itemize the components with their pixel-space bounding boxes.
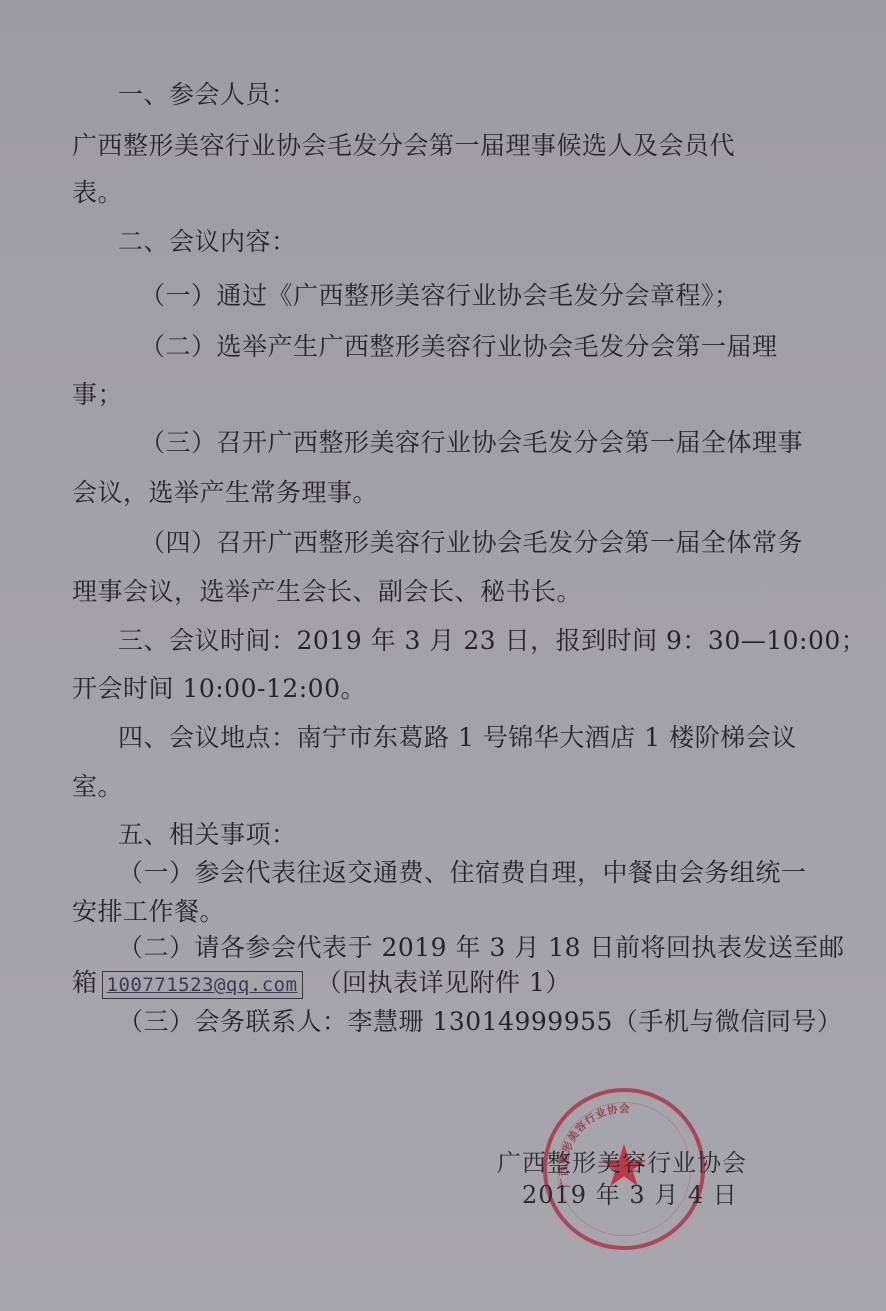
attendees-body-line1: 广西整形美容行业协会毛发分会第一届理事候选人及会员代 <box>72 131 735 161</box>
content-item-2-line1: （二）选举产生广西整形美容行业协会毛发分会第一届理 <box>140 332 778 362</box>
location-line1: 四、会议地点：南宁市东葛路 1 号锦华大酒店 1 楼阶梯会议 <box>118 723 797 753</box>
signature-organization: 广西整形美容行业协会 <box>497 1148 747 1178</box>
email-suffix: （回执表详见附件 1） <box>317 968 571 997</box>
matters-item-1-line2: 安排工作餐。 <box>72 897 225 927</box>
matters-item-1-line1: （一）参会代表往返交通费、住宿费自理，中餐由会务组统一 <box>118 858 807 888</box>
signature-date: 2019 年 3 月 4 日 <box>522 1180 738 1210</box>
document-page: 一、参会人员： 广西整形美容行业协会毛发分会第一届理事候选人及会员代 表。 二、… <box>0 0 886 1311</box>
matters-item-2-line2: 箱100771523@qq.com（回执表详见附件 1） <box>72 968 571 999</box>
time-line1: 三、会议时间：2019 年 3 月 23 日，报到时间 9：30—10:00； <box>118 626 866 656</box>
email-prefix: 箱 <box>72 968 98 997</box>
content-item-1: （一）通过《广西整形美容行业协会毛发分会章程》； <box>140 281 740 311</box>
content-item-3-line1: （三）召开广西整形美容行业协会毛发分会第一届全体理事 <box>140 428 803 458</box>
content-item-2-line2: 事； <box>72 380 123 410</box>
attendees-body-line2: 表。 <box>72 178 123 208</box>
content-item-3-line2: 会议，选举产生常务理事。 <box>72 478 378 508</box>
time-line2: 开会时间 10:00-12:00。 <box>72 674 366 704</box>
matters-item-2-line1: （二）请各参会代表于 2019 年 3 月 18 日前将回执表发送至邮 <box>118 933 845 963</box>
content-item-4-line1: （四）召开广西整形美容行业协会毛发分会第一届全体常务 <box>140 528 803 558</box>
matters-item-3: （三）会务联系人：李慧珊 13014999955（手机与微信同号） <box>118 1007 842 1037</box>
attendees-heading: 一、参会人员： <box>118 80 297 110</box>
content-item-4-line2: 理事会议，选举产生会长、副会长、秘书长。 <box>72 577 582 607</box>
location-line2: 室。 <box>72 772 123 802</box>
email-link[interactable]: 100771523@qq.com <box>102 971 303 999</box>
content-heading: 二、会议内容： <box>118 227 297 257</box>
matters-heading: 五、相关事项： <box>118 820 297 850</box>
